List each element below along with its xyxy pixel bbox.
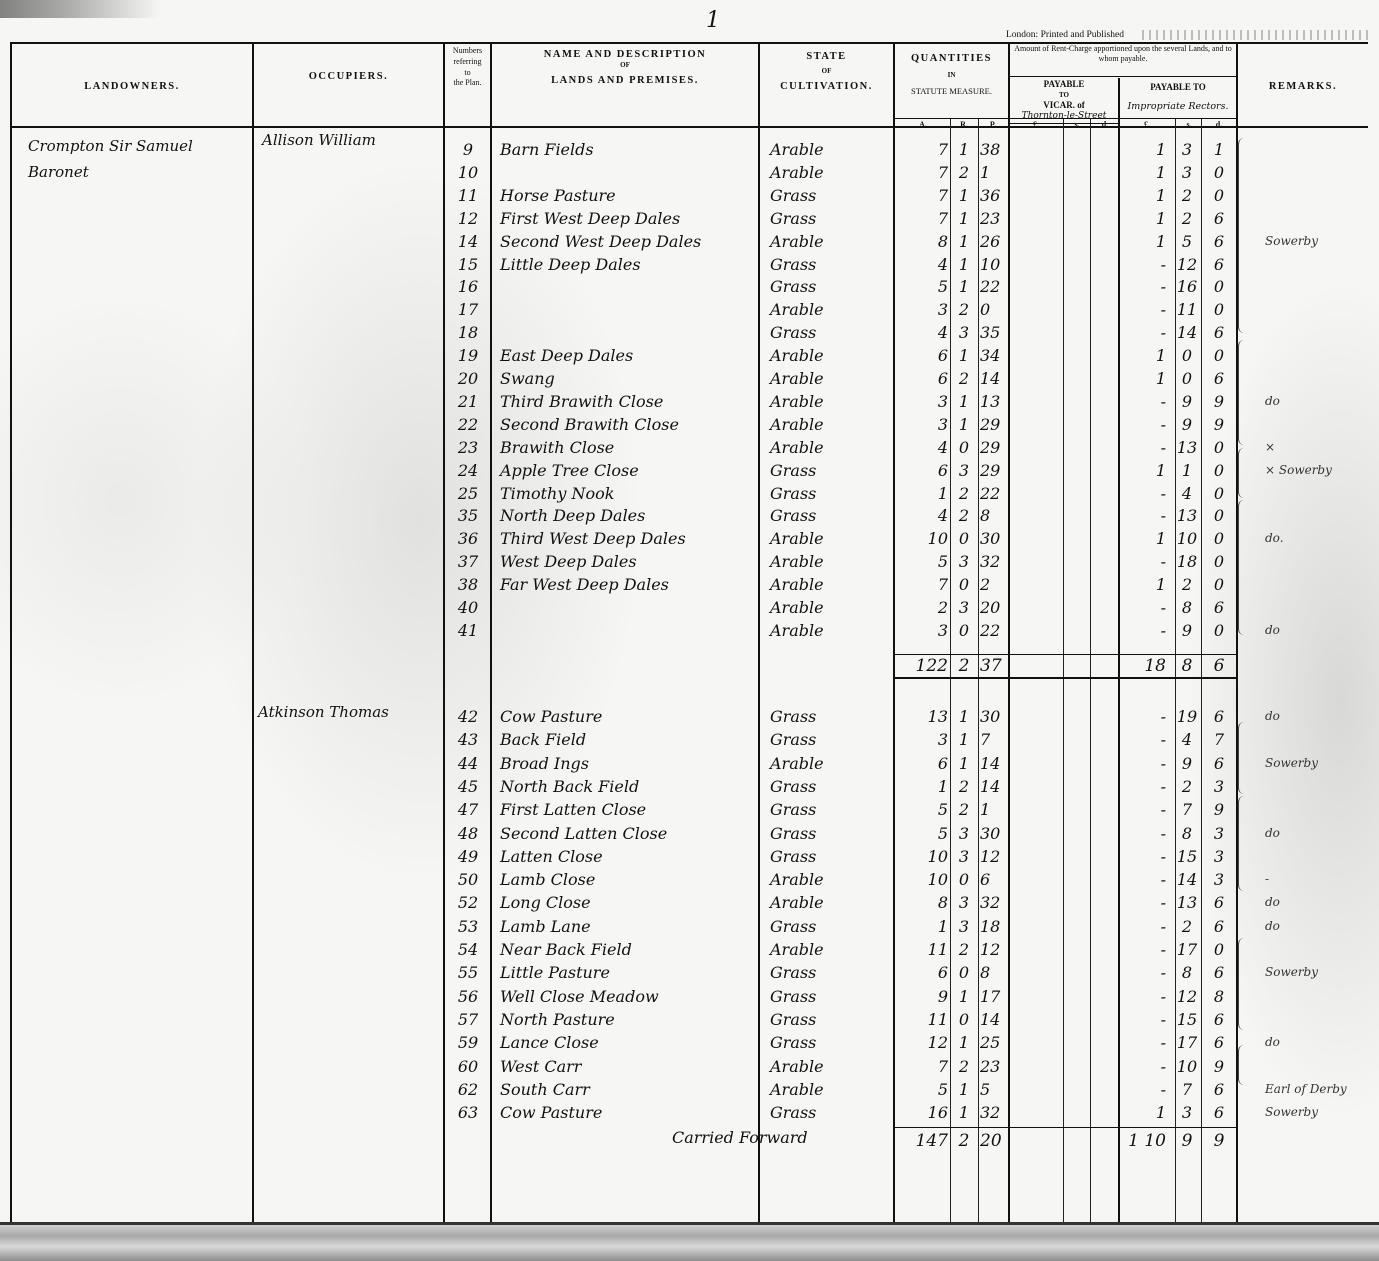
acres: 6 <box>898 344 952 367</box>
rent-pounds: - <box>1116 596 1172 619</box>
rent-pounds: - <box>1116 504 1172 527</box>
roods: 3 <box>952 891 976 914</box>
perches: 22 <box>980 275 1006 298</box>
perches: 14 <box>980 1008 1006 1031</box>
rent-pence: 6 <box>1204 961 1234 984</box>
perches: 23 <box>980 1055 1006 1078</box>
rent-pounds: - <box>1116 868 1172 891</box>
land-name <box>500 161 758 184</box>
acres: 6 <box>898 459 952 482</box>
table-row: 45North Back FieldGrass1214-23 <box>0 775 1379 798</box>
unit-shillings: s. <box>1065 120 1089 129</box>
roods: 1 <box>952 390 976 413</box>
roods: 1 <box>952 253 976 276</box>
remark <box>1265 504 1375 527</box>
header-remarks: REMARKS. <box>1238 80 1368 93</box>
rent-shillings: 9 <box>1172 619 1202 642</box>
remark <box>1265 321 1375 344</box>
rent-shillings: 9 <box>1172 413 1202 436</box>
table-row: 54Near Back FieldArable11212-170 <box>0 938 1379 961</box>
land-name: Little Deep Dales <box>500 253 758 276</box>
cultivation-state: Arable <box>770 367 885 390</box>
rent-shillings: 12 <box>1172 253 1202 276</box>
carried-pence: 9 <box>1204 1130 1234 1153</box>
table-row: 11Horse PastureGrass7136120 <box>0 184 1379 207</box>
rent-shillings: 4 <box>1172 728 1202 751</box>
acres: 4 <box>898 321 952 344</box>
carried-rule <box>893 1127 1238 1128</box>
cultivation-state: Arable <box>770 344 885 367</box>
rent-pounds: - <box>1116 482 1172 505</box>
perches: 38 <box>980 138 1006 161</box>
roods: 0 <box>952 436 976 459</box>
cultivation-state: Grass <box>770 822 885 845</box>
roods: 1 <box>952 207 976 230</box>
cultivation-state: Grass <box>770 1101 885 1124</box>
roods: 3 <box>952 321 976 344</box>
plan-number: 43 <box>448 728 488 751</box>
plan-number: 50 <box>448 868 488 891</box>
plan-number: 45 <box>448 775 488 798</box>
cultivation-state: Arable <box>770 436 885 459</box>
roods: 1 <box>952 138 976 161</box>
roods: 1 <box>952 275 976 298</box>
roods: 2 <box>952 367 976 390</box>
carried-forward-row: 147 2 20 1 10 9 9 <box>0 1130 1379 1153</box>
acres: 3 <box>898 413 952 436</box>
rent-pence: 3 <box>1204 775 1234 798</box>
rent-shillings: 3 <box>1172 138 1202 161</box>
subtotal-shillings: 8 <box>1172 655 1202 678</box>
cultivation-state: Arable <box>770 1055 885 1078</box>
rent-shillings: 13 <box>1172 504 1202 527</box>
perches: 22 <box>980 619 1006 642</box>
plan-number: 56 <box>448 985 488 1008</box>
rent-pounds: - <box>1116 775 1172 798</box>
rent-pence: 0 <box>1204 459 1234 482</box>
rent-pence: 0 <box>1204 275 1234 298</box>
plan-number: 55 <box>448 961 488 984</box>
land-name <box>500 619 758 642</box>
perches: 5 <box>980 1078 1006 1101</box>
table-row: 36Third West Deep DalesArable100301100do… <box>0 527 1379 550</box>
roods: 1 <box>952 1078 976 1101</box>
rent-shillings: 19 <box>1172 705 1202 728</box>
plan-number: 11 <box>448 184 488 207</box>
rent-pounds: 1 <box>1116 207 1172 230</box>
acres: 5 <box>898 550 952 573</box>
cultivation-state: Grass <box>770 504 885 527</box>
land-name <box>500 596 758 619</box>
scan-bottom-strip <box>0 1225 1379 1261</box>
table-row: 55Little PastureGrass608-86Sowerby <box>0 961 1379 984</box>
rent-shillings: 2 <box>1172 184 1202 207</box>
cultivation-state: Grass <box>770 845 885 868</box>
unit-roods: R. <box>952 120 976 129</box>
cultivation-state: Grass <box>770 275 885 298</box>
roods: 1 <box>952 1101 976 1124</box>
plan-number: 47 <box>448 798 488 821</box>
acres: 10 <box>898 845 952 868</box>
plan-number: 41 <box>448 619 488 642</box>
land-name: North Pasture <box>500 1008 758 1031</box>
remark <box>1265 344 1375 367</box>
rent-shillings: 15 <box>1172 845 1202 868</box>
plan-number: 44 <box>448 752 488 775</box>
unit-acres: A. <box>898 120 948 129</box>
remark: Sowerby <box>1265 961 1375 984</box>
perches: 30 <box>980 705 1006 728</box>
acres: 7 <box>898 573 952 596</box>
plan-number: 36 <box>448 527 488 550</box>
cultivation-state: Arable <box>770 161 885 184</box>
land-name: Third West Deep Dales <box>500 527 758 550</box>
perches: 35 <box>980 321 1006 344</box>
table-row: 60West CarrArable7223-109 <box>0 1055 1379 1078</box>
remark <box>1265 253 1375 276</box>
rent-pounds: - <box>1116 1008 1172 1031</box>
land-name: First West Deep Dales <box>500 207 758 230</box>
rent-pounds: 1 <box>1116 344 1172 367</box>
roods: 1 <box>952 1031 976 1054</box>
rent-shillings: 10 <box>1172 1055 1202 1078</box>
roods: 2 <box>952 161 976 184</box>
table-row: 50Lamb CloseArable1006-143- <box>0 868 1379 891</box>
plan-number: 22 <box>448 413 488 436</box>
rent-pounds: - <box>1116 619 1172 642</box>
subtotal-pence: 6 <box>1204 655 1234 678</box>
perches: 17 <box>980 985 1006 1008</box>
remark <box>1265 482 1375 505</box>
rent-pence: 0 <box>1204 161 1234 184</box>
acres: 2 <box>898 596 952 619</box>
land-name: Little Pasture <box>500 961 758 984</box>
land-name: East Deep Dales <box>500 344 758 367</box>
table-row: 24Apple Tree CloseGrass6329110× Sowerby <box>0 459 1379 482</box>
remark-brace <box>1238 138 1249 333</box>
subtotal-roods: 2 <box>952 655 976 678</box>
rent-pence: 0 <box>1204 344 1234 367</box>
rent-pence: 8 <box>1204 985 1234 1008</box>
plan-number: 17 <box>448 298 488 321</box>
rent-shillings: 1 <box>1172 459 1202 482</box>
rent-pounds: - <box>1116 1055 1172 1078</box>
table-row: 9Barn FieldsArable7138131 <box>0 138 1379 161</box>
table-row: 62South CarrArable515-76Earl of Derby <box>0 1078 1379 1101</box>
plan-number: 14 <box>448 230 488 253</box>
header-line: the Plan. <box>445 78 490 89</box>
rent-pounds: - <box>1116 728 1172 751</box>
table-row: 57North PastureGrass11014-156 <box>0 1008 1379 1031</box>
plan-number: 42 <box>448 705 488 728</box>
header-line: PAYABLE TO <box>1120 82 1236 93</box>
rent-pounds: 1 <box>1116 527 1172 550</box>
land-name: Second West Deep Dales <box>500 230 758 253</box>
land-name: West Carr <box>500 1055 758 1078</box>
remark <box>1265 845 1375 868</box>
remark: do <box>1265 1031 1375 1054</box>
header-line: QUANTITIES <box>895 52 1008 65</box>
perches: 8 <box>980 504 1006 527</box>
header-line: STATE <box>760 50 893 63</box>
remark-brace <box>1238 1045 1249 1085</box>
header-occupiers: OCCUPIERS. <box>254 70 443 83</box>
cultivation-state: Arable <box>770 527 885 550</box>
rent-pence: 6 <box>1204 596 1234 619</box>
roods: 0 <box>952 619 976 642</box>
cultivation-state: Arable <box>770 413 885 436</box>
land-name: First Latten Close <box>500 798 758 821</box>
cultivation-state: Grass <box>770 775 885 798</box>
remark <box>1265 298 1375 321</box>
cultivation-state: Arable <box>770 230 885 253</box>
remark: do <box>1265 705 1375 728</box>
remark <box>1265 596 1375 619</box>
table-row: 10Arable721130 <box>0 161 1379 184</box>
rent-shillings: 2 <box>1172 775 1202 798</box>
perches: 1 <box>980 161 1006 184</box>
rent-shillings: 5 <box>1172 230 1202 253</box>
header-line: Numbers <box>445 46 490 57</box>
rectors-label: Impropriate Rectors. <box>1120 101 1236 113</box>
plan-number: 9 <box>448 138 488 161</box>
rent-charge-rule <box>1008 76 1238 77</box>
roods: 1 <box>952 184 976 207</box>
roods: 1 <box>952 728 976 751</box>
plan-number: 23 <box>448 436 488 459</box>
roods: 3 <box>952 822 976 845</box>
cultivation-state: Grass <box>770 253 885 276</box>
remark <box>1265 207 1375 230</box>
acres: 7 <box>898 184 952 207</box>
rent-pence: 0 <box>1204 504 1234 527</box>
remark <box>1265 728 1375 751</box>
plan-number: 52 <box>448 891 488 914</box>
rent-pounds: - <box>1116 298 1172 321</box>
remark: Earl of Derby <box>1265 1078 1375 1101</box>
rent-shillings: 15 <box>1172 1008 1202 1031</box>
table-row: 49Latten CloseGrass10312-153 <box>0 845 1379 868</box>
perches: 14 <box>980 775 1006 798</box>
rent-shillings: 14 <box>1172 321 1202 344</box>
acres: 1 <box>898 482 952 505</box>
rent-pounds: - <box>1116 390 1172 413</box>
perches: 34 <box>980 344 1006 367</box>
land-name: Horse Pasture <box>500 184 758 207</box>
rent-shillings: 3 <box>1172 1101 1202 1124</box>
rent-pounds: - <box>1116 798 1172 821</box>
rent-shillings: 7 <box>1172 1078 1202 1101</box>
acres: 4 <box>898 253 952 276</box>
unit-pence: d. <box>1203 120 1235 129</box>
acres: 6 <box>898 367 952 390</box>
roods: 0 <box>952 961 976 984</box>
perches: 20 <box>980 596 1006 619</box>
acres: 5 <box>898 275 952 298</box>
plan-number: 10 <box>448 161 488 184</box>
remark: Sowerby <box>1265 1101 1375 1124</box>
table-row: 52Long CloseArable8332-136do <box>0 891 1379 914</box>
perches: 8 <box>980 961 1006 984</box>
acres: 7 <box>898 138 952 161</box>
land-name: Second Latten Close <box>500 822 758 845</box>
plan-number: 63 <box>448 1101 488 1124</box>
table-row: 53Lamb LaneGrass1318-26do <box>0 915 1379 938</box>
header-line: STATUTE MEASURE. <box>895 86 1008 97</box>
acres: 11 <box>898 1008 952 1031</box>
land-name: Long Close <box>500 891 758 914</box>
rent-pence: 6 <box>1204 1008 1234 1031</box>
rent-pence: 9 <box>1204 1055 1234 1078</box>
table-row: 22Second Brawith CloseArable3129-99 <box>0 413 1379 436</box>
plan-number: 60 <box>448 1055 488 1078</box>
table-row: 63Cow PastureGrass16132136Sowerby <box>0 1101 1379 1124</box>
acres: 8 <box>898 891 952 914</box>
roods: 3 <box>952 550 976 573</box>
carried-pounds: 1 10 <box>1116 1130 1172 1153</box>
table-row: 44Broad IngsArable6114-96Sowerby <box>0 752 1379 775</box>
rent-pence: 6 <box>1204 321 1234 344</box>
land-name: Far West Deep Dales <box>500 573 758 596</box>
scan-smudge <box>1142 30 1372 40</box>
rent-pence: 3 <box>1204 822 1234 845</box>
table-row: 19East Deep DalesArable6134100 <box>0 344 1379 367</box>
cultivation-state: Grass <box>770 1008 885 1031</box>
land-name: Timothy Nook <box>500 482 758 505</box>
cultivation-state: Grass <box>770 184 885 207</box>
rent-pence: 9 <box>1204 798 1234 821</box>
table-row: 47First Latten CloseGrass521-79 <box>0 798 1379 821</box>
perches: 0 <box>980 298 1006 321</box>
remark <box>1265 413 1375 436</box>
remark: do <box>1265 891 1375 914</box>
acres: 11 <box>898 938 952 961</box>
acres: 1 <box>898 915 952 938</box>
roods: 2 <box>952 504 976 527</box>
rent-pounds: - <box>1116 1031 1172 1054</box>
rent-shillings: 9 <box>1172 752 1202 775</box>
roods: 2 <box>952 938 976 961</box>
remark <box>1265 367 1375 390</box>
perches: 32 <box>980 891 1006 914</box>
table-row: 18Grass4335-146 <box>0 321 1379 344</box>
rent-shillings: 11 <box>1172 298 1202 321</box>
table-row: 37West Deep DalesArable5332-180 <box>0 550 1379 573</box>
perches: 23 <box>980 207 1006 230</box>
rent-pounds: - <box>1116 915 1172 938</box>
plan-number: 35 <box>448 504 488 527</box>
remark-brace <box>1238 448 1249 498</box>
table-row: 35North Deep DalesGrass428-130 <box>0 504 1379 527</box>
rent-pence: 6 <box>1204 230 1234 253</box>
land-name: Brawith Close <box>500 436 758 459</box>
remark: × Sowerby <box>1265 459 1375 482</box>
land-name: Apple Tree Close <box>500 459 758 482</box>
roods: 1 <box>952 752 976 775</box>
rent-shillings: 0 <box>1172 344 1202 367</box>
rent-shillings: 2 <box>1172 915 1202 938</box>
rent-pounds: - <box>1116 436 1172 459</box>
roods: 1 <box>952 705 976 728</box>
plan-number: 48 <box>448 822 488 845</box>
land-name: Barn Fields <box>500 138 758 161</box>
table-row: 48Second Latten CloseGrass5330-83do <box>0 822 1379 845</box>
table-row: 25Timothy NookGrass1222-40 <box>0 482 1379 505</box>
rent-pence: 6 <box>1204 367 1234 390</box>
header-line: OF <box>760 67 893 76</box>
roods: 2 <box>952 482 976 505</box>
land-name: Lamb Close <box>500 868 758 891</box>
rent-pence: 6 <box>1204 1031 1234 1054</box>
land-name: North Back Field <box>500 775 758 798</box>
header-line: CULTIVATION. <box>760 80 893 93</box>
roods: 3 <box>952 596 976 619</box>
tithe-apportionment-page: 1 London: Printed and Published LANDOWNE… <box>0 0 1379 1261</box>
remark <box>1265 138 1375 161</box>
unit-pounds: £. <box>1120 120 1174 129</box>
table-row: 23Brawith CloseArable4029-130× <box>0 436 1379 459</box>
roods: 2 <box>952 1055 976 1078</box>
perches: 14 <box>980 752 1006 775</box>
subtotal-acres: 122 <box>898 655 952 678</box>
rent-pounds: 1 <box>1116 138 1172 161</box>
acres: 3 <box>898 298 952 321</box>
remark <box>1265 161 1375 184</box>
cultivation-state: Grass <box>770 459 885 482</box>
carried-roods: 2 <box>952 1130 976 1153</box>
remark <box>1265 775 1375 798</box>
cultivation-state: Grass <box>770 985 885 1008</box>
perches: 29 <box>980 459 1006 482</box>
acres: 6 <box>898 961 952 984</box>
rent-pounds: - <box>1116 985 1172 1008</box>
rent-pounds: - <box>1116 752 1172 775</box>
rent-pence: 0 <box>1204 482 1234 505</box>
carried-acres: 147 <box>898 1130 952 1153</box>
rent-pence: 0 <box>1204 619 1234 642</box>
plan-number: 18 <box>448 321 488 344</box>
remark <box>1265 985 1375 1008</box>
table-row: 12First West Deep DalesGrass7123126 <box>0 207 1379 230</box>
rent-pounds: 1 <box>1116 573 1172 596</box>
header-line: PAYABLE <box>1010 79 1118 91</box>
acres: 3 <box>898 619 952 642</box>
rent-shillings: 9 <box>1172 390 1202 413</box>
rent-pounds: 1 <box>1116 184 1172 207</box>
rent-pounds: - <box>1116 938 1172 961</box>
rent-shillings: 2 <box>1172 573 1202 596</box>
rent-pounds: - <box>1116 891 1172 914</box>
remark-brace <box>1238 796 1249 891</box>
remark-brace <box>1238 722 1249 794</box>
perches: 22 <box>980 482 1006 505</box>
table-row: 20SwangArable6214106 <box>0 367 1379 390</box>
rent-pence: 1 <box>1204 138 1234 161</box>
perches: 6 <box>980 868 1006 891</box>
remark: do <box>1265 619 1375 642</box>
land-name: Swang <box>500 367 758 390</box>
cultivation-state: Grass <box>770 482 885 505</box>
perches: 26 <box>980 230 1006 253</box>
perches: 18 <box>980 915 1006 938</box>
plan-number: 38 <box>448 573 488 596</box>
cultivation-state: Arable <box>770 390 885 413</box>
subtotal-perches: 37 <box>980 655 1006 678</box>
cultivation-state: Grass <box>770 207 885 230</box>
rent-shillings: 7 <box>1172 798 1202 821</box>
subtotal-pounds: 18 <box>1116 655 1172 678</box>
plan-number: 21 <box>448 390 488 413</box>
